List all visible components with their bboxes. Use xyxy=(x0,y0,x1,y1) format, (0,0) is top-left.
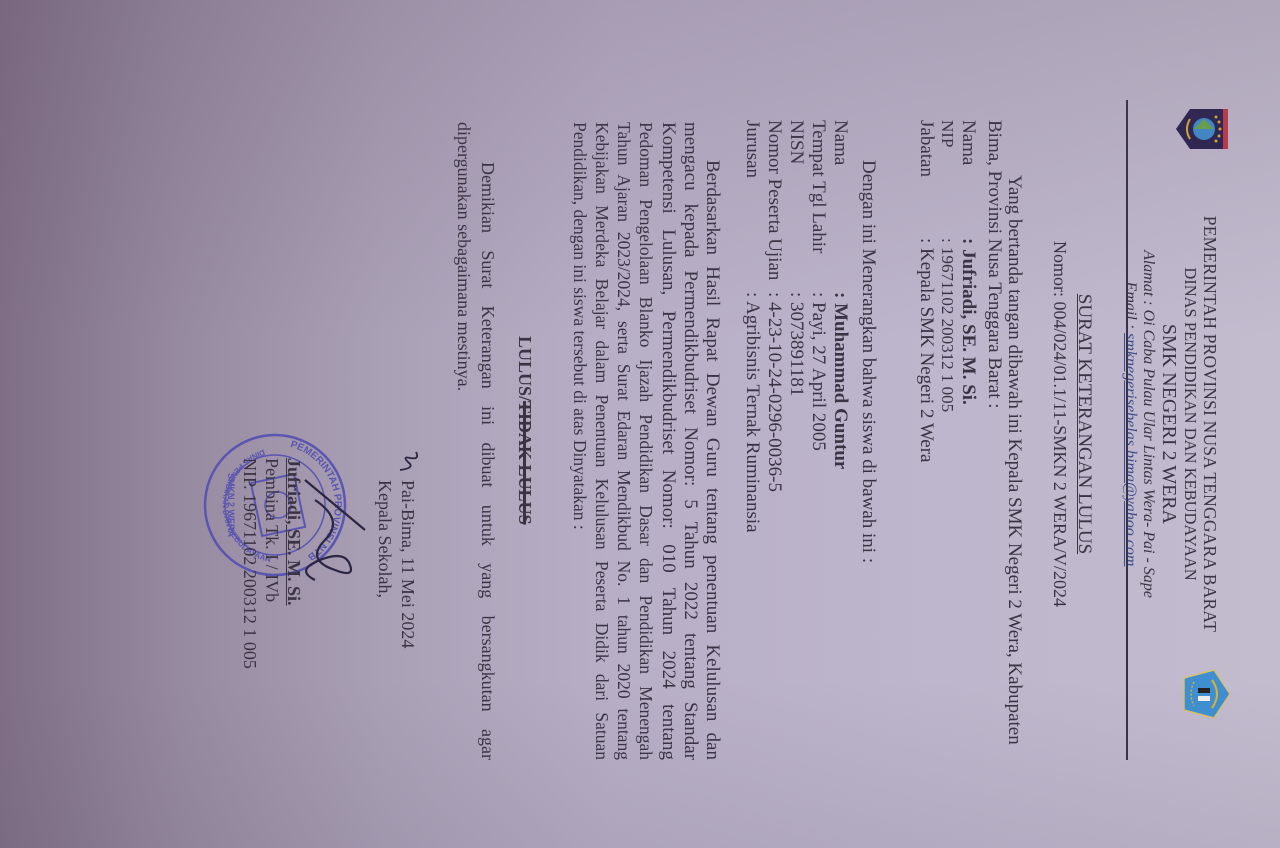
email-link[interactable]: smknegerisebelas.bima@yahoo.com xyxy=(1122,333,1139,566)
student-exam-number-label: Nomor Peserta Ujian xyxy=(764,120,784,280)
document-number: Nomor: 004/024/01.1/11-SMKN 2 WERA/V/202… xyxy=(1050,0,1070,848)
signer-nip-value: : 19671102 200312 1 005 xyxy=(937,238,957,412)
initial-mark-icon xyxy=(396,448,422,474)
student-exam-number-value: : 4-23-10-24-0296-0036-5 xyxy=(764,292,784,492)
signature-name: Jufriadi, SE. M. Si. xyxy=(284,458,304,606)
signer-nip-label: NIP xyxy=(937,120,957,147)
result-pass: LULUS xyxy=(515,336,535,396)
letterhead-school: SMK NEGERI 2 WERA xyxy=(1159,0,1179,848)
signature-role: Kepala Sekolah, xyxy=(375,480,395,598)
signer-name-label: Nama xyxy=(958,120,978,165)
basis-line-4: Pedoman Pengelolaan Blanko Ijazah Pendid… xyxy=(636,122,656,760)
signature-nip: NIP. 19671102 200312 1 005 xyxy=(240,458,260,669)
closing-line-2: dipergunakan sebagaimana mestinya. xyxy=(454,122,474,391)
student-major-label: Jurusan xyxy=(742,120,762,178)
result-status: LULUS/TIDAK LULUS xyxy=(515,336,535,525)
letterhead-email: Email : smknegerisebelas.bima@yahoo.com xyxy=(1120,0,1140,848)
email-label: Email : xyxy=(1122,282,1139,334)
letterhead-department: DINAS PENDIDIKAN DAN KEBUDAYAAN xyxy=(1180,0,1200,848)
signer-position-value: : Kepala SMK Negeri 2 Wera xyxy=(916,238,936,462)
letterhead-government: PEMERINTAH PROVINSI NUSA TENGGARA BARAT xyxy=(1200,0,1220,848)
student-birth-value: : Payi, 27 April 2005 xyxy=(808,292,828,451)
signer-name-value: : Jufriadi, SE. M. Si. xyxy=(958,238,978,405)
student-nisn-label: NISN xyxy=(786,120,806,164)
student-name-label: Nama xyxy=(830,120,850,165)
basis-line-6: Kebijakan Merdeka Belajar dalam Penentua… xyxy=(592,122,612,760)
basis-line-1: Berdasarkan Hasil Rapat Dewan Guru tenta… xyxy=(702,160,722,760)
basis-line-2: mengacu kepada Permendikbudriset Nomor: … xyxy=(680,122,700,760)
basis-line-5: Tahun Ajaran 2023/2024, serta Surat Edar… xyxy=(614,122,634,760)
signature-place-date: Pai-Bima, 11 Mei 2024 xyxy=(398,480,418,648)
basis-line-3: Kompetensi Lulusan, Permendikbudriset No… xyxy=(658,122,678,760)
letterhead-divider xyxy=(1126,100,1128,760)
student-major-value: : Agribisnis Ternak Ruminansia xyxy=(742,292,762,533)
statement-line: Dengan ini Menerangkan bahwa siswa di ba… xyxy=(858,160,878,563)
intro-line-1: Yang bertanda tangan dibawah ini Kepala … xyxy=(1004,175,1024,745)
basis-line-7: Pendidikan, dengan ini siswa tersebut di… xyxy=(570,122,590,530)
student-birth-label: Tempat Tgl Lahir xyxy=(808,120,828,253)
intro-line-2: Bima, Provinsi Nusa Tenggara Barat : xyxy=(984,120,1004,409)
student-nisn-value: : 3073891181 xyxy=(786,292,806,396)
signature-rank: Pembina Tk. I / IVb xyxy=(262,458,282,602)
student-name-value: : Muhammad Guntur xyxy=(830,292,850,469)
signer-position-label: Jabatan xyxy=(916,120,936,177)
letterhead-address: Alamat : Oi Caba Pulau Ular Lintas Wera-… xyxy=(1138,0,1158,848)
document-title: SURAT KETERANGAN LULUS xyxy=(1074,0,1094,848)
result-fail-struck: TIDAK LULUS xyxy=(515,401,535,525)
certificate-document: PEMERINTAH PROVINSI NUSA TENGGARA BARAT … xyxy=(0,0,1280,848)
closing-line-1: Demikian Surat Keterangan ini dibuat unt… xyxy=(478,162,498,760)
